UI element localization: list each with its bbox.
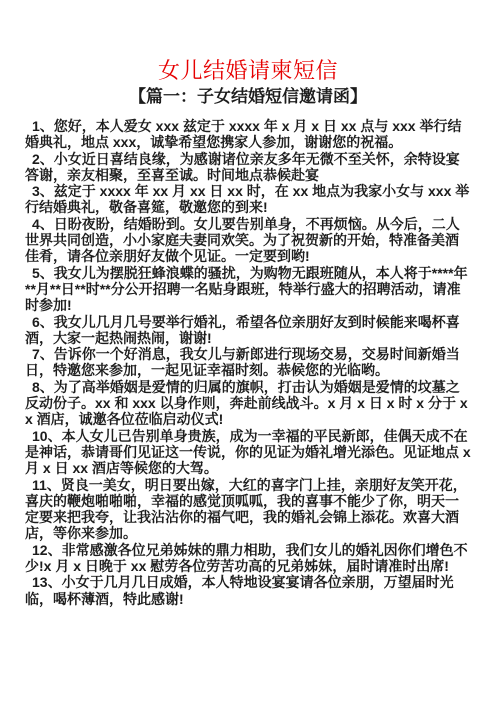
paragraph: 4、日盼夜盼，结婚盼到。女儿要告别单身，不再烦恼。从今后，二人世界共同创造，小小…: [25, 216, 471, 265]
paragraph: 10、本人女儿已告别单身贵族，成为一幸福的平民新郎，佳偶天成不在是神话，恭请哥们…: [25, 428, 471, 477]
paragraph: 11、贤良一美女，明日要出嫁，大红的喜字门上挂，亲朋好友笑开花，喜庆的鞭炮啪啪啪…: [25, 477, 471, 542]
paragraph: 2、小女近日喜结良缘，为感谢诸位亲友多年无微不至关怀，余特设宴答谢，亲友相聚，至…: [25, 151, 471, 184]
paragraph: 1、您好，本人爱女 xxx 兹定于 xxxx 年 x 月 x 日 xx 点与 x…: [25, 118, 471, 151]
paragraph: 12、非常感激各位兄弟姊妹的鼎力相助，我们女儿的婚礼因你们增色不少!x 月 x …: [25, 542, 471, 575]
paragraph: 13、小女于几月几日成婚，本人特地设宴宴请各位亲朋，万望届时光临，喝杯薄酒，特此…: [25, 574, 471, 607]
paragraph: 8、为了高举婚姻是爱情的归属的旗帜，打击认为婚姻是爱情的坟墓之反动份子。xx 和…: [25, 379, 471, 428]
paragraph: 6、我女儿几月几号要举行婚礼，希望各位亲朋好友到时候能来喝杯喜酒，大家一起热闹热…: [25, 314, 471, 347]
paragraph: 3、兹定于 xxxx 年 xx 月 xx 日 xx 时，在 xx 地点为我家小女…: [25, 183, 471, 216]
document-page: 女儿结婚请柬短信 【篇一：子女结婚短信邀请函】 1、您好，本人爱女 xxx 兹定…: [0, 0, 496, 702]
document-body: 1、您好，本人爱女 xxx 兹定于 xxxx 年 x 月 x 日 xx 点与 x…: [25, 118, 471, 607]
section-heading: 【篇一：子女结婚短信邀请函】: [0, 86, 496, 107]
document-title: 女儿结婚请柬短信: [0, 0, 496, 84]
paragraph: 7、告诉你一个好消息，我女儿与新郎进行现场交易，交易时间新婚当日，特邀您来参加，…: [25, 346, 471, 379]
paragraph: 5、我女儿为摆脱狂蜂浪蝶的骚扰，为购物无跟班随从，本人将于****年**月**日…: [25, 265, 471, 314]
